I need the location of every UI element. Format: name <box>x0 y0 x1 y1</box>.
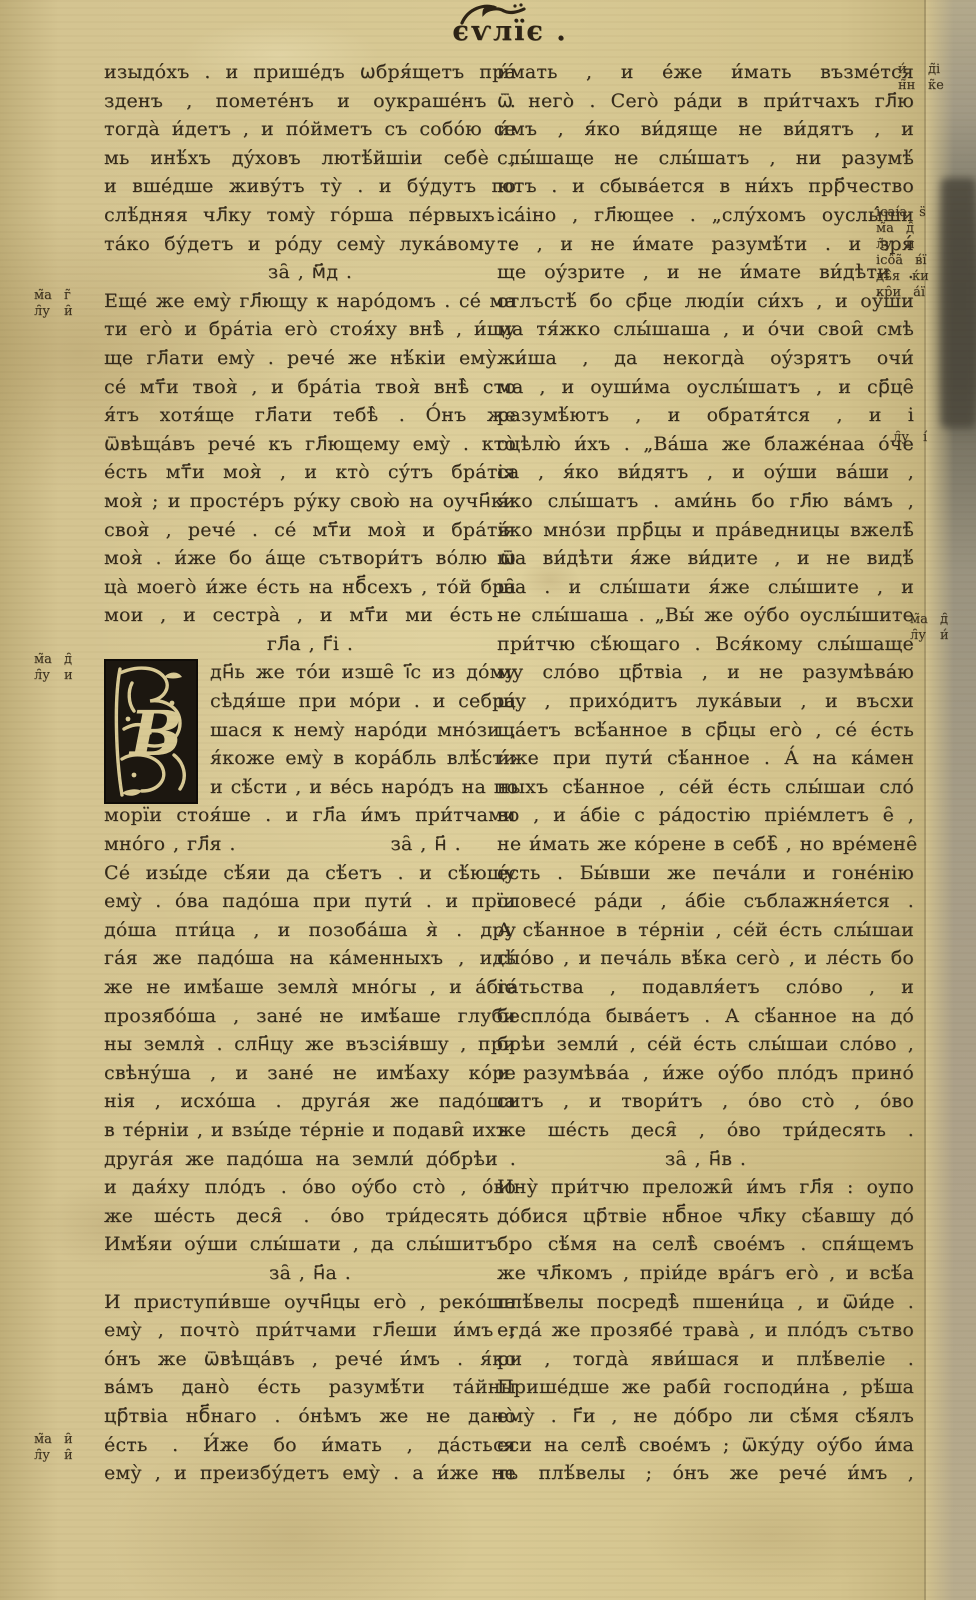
text-line: же чл҃комъ , пріи́де вра́гъ его̀ , и всѣ… <box>497 1259 914 1288</box>
text-line: ѿвѣща́въ рече́ къ гл҃ющему ему̀ . кто̀ <box>104 430 516 459</box>
text-line: слы́шаще не слы́шатъ , ни разумѣ́ <box>497 144 914 173</box>
margin-note-number: и́ <box>940 628 958 644</box>
text-line: Еще́ же ему̀ гл҃ющу к наро́домъ . се́ ма <box>104 287 516 316</box>
text-line: шася к нему̀ наро́ди мно́зи , <box>104 716 516 745</box>
text-line: ца̀ моего̀ и́же е́сть на нб҃сехъ , то́й … <box>104 573 516 602</box>
text-line: отлъстѣ́ бо ср҃це люді́и си́хъ , и оу́ши <box>497 287 914 316</box>
text-line: е́сть . Бы́вши же печа́ли и гоне́нію <box>497 859 914 888</box>
text-line: ма , и оуши́ма оуслы́шатъ , и ср҃це̑ <box>497 373 914 402</box>
text-line: до́бися цр҃твіе нб҃ное чл҃ку сѣ́авшу до́ <box>497 1202 914 1231</box>
margin-note-book: и́ <box>898 62 916 78</box>
text-line: Имѣ́яи оу́ши слы́шати , да слы́шитъ . <box>104 1230 516 1259</box>
text-line: и́мать , и е́же и́мать възме́тся <box>497 58 914 87</box>
margin-note-row: дѣ̂яќи <box>876 269 937 285</box>
text-line: своя̀ , рече́ . се́ мт҃и моя̀ и бра́тія <box>104 516 516 545</box>
margin-note-book: н̃н <box>898 78 916 94</box>
text-line: в те́рніи , и взы́де те́рніе и подави̑ и… <box>104 1116 516 1145</box>
text-line: Прише́дше же раби̑ господи́на , рѣ́ша <box>497 1373 914 1402</box>
text-line: и дая́ху пло́дъ . о́во оу́бо сто̀ , о́во <box>104 1173 516 1202</box>
text-line: ще оу́зрите , и не и́мате ви́дѣти . <box>497 258 914 287</box>
margin-note-number: и <box>64 668 82 684</box>
text-line: я́тъ хотя́ще гл҃ати тебѣ̀ . О́нъ же <box>104 401 516 430</box>
margin-note-row: л̑уи́ <box>910 628 958 644</box>
text-line: ны земля̀ . слн҃цу же възсія́вшу , при <box>104 1030 516 1059</box>
text-line: те , и не и́мате разумѣ́ти . и зря́ <box>497 230 914 259</box>
margin-note-number: д̃і <box>928 62 946 78</box>
text-line: и́же при пути́ сѣ́анное . А́ на ка́мен <box>497 744 914 773</box>
text-line: же ше́сть деся̑ , о́во три́десять . <box>497 1116 914 1145</box>
text-line: нія , исхо́ша . друга́я же падо́ша <box>104 1087 516 1116</box>
text-line: и́мъ , я́ко ви́дяще не ви́дятъ , и <box>497 115 914 144</box>
text-line: за̑ , н҃в . <box>497 1145 914 1174</box>
text-line: Ину̀ при́тчю преложи̑ и́мъ гл҃я : оупо <box>497 1173 914 1202</box>
text-line: моя̀ ; и просте́ръ ру́ку свою̀ на оучн҃к… <box>104 487 516 516</box>
text-line: ри , тогда̀ яви́шася и плѣ́веліе . <box>497 1345 914 1374</box>
margin-note-number: а́ї <box>913 285 931 301</box>
header-flourish-icon <box>458 1 528 27</box>
text-line: ти его̀ и бра́тіа его̀ стоя́ху внѣ̀ , и́… <box>104 315 516 344</box>
text-line: га́я же падо́ша на ка́менныхъ , идѣ́ <box>104 944 516 973</box>
text-line: Се́ изы́де сѣ́яи да сѣ́етъ . и сѣ́ющу <box>104 859 516 888</box>
margin-note-book: л̑у <box>910 628 928 644</box>
text-line: ему̀ . о́ва падо́ша при пути́ . и прїи <box>104 887 516 916</box>
text-line: о́нъ же ѿвѣща́въ , рече́ и́мъ . я́ко <box>104 1345 516 1374</box>
text-line: же не имѣ́аше земля̀ мно́гы , и а́біе <box>104 973 516 1002</box>
text-line: ть плѣ́велы ; о́нъ же рече́ и́мъ , <box>497 1459 914 1488</box>
text-line: ма тя́жко слы́шаша , и о́чи свои̑ смѣ <box>497 315 914 344</box>
margin-note-row: м̃аи̑ <box>34 1432 82 1448</box>
margin-note-number: и̑ <box>64 1432 82 1448</box>
margin-note-row: и́д̃і <box>898 62 946 78</box>
text-line: до́ша пти́ца , и позоба́ша я̀ . дру <box>104 916 516 945</box>
text-line: ему̀ , и преизбу́детъ ему̀ . а и́же не <box>104 1459 516 1488</box>
text-line: разумѣ́ютъ , и обратя́тся , и і <box>497 401 914 430</box>
margin-note-row: м̃ад̑ <box>876 221 937 237</box>
margin-note-book: дѣ̂я <box>876 269 900 285</box>
text-line: сло́во , и печа́ль вѣ́ка сего̀ , и ле́ст… <box>497 944 914 973</box>
manuscript-page: єѵлїє . В изыдо́хъ . и прише́дъ ѡбря́щет… <box>0 0 976 1600</box>
text-line: мь инѣ́хъ ду́ховъ лютѣ́йшіи себѐ , <box>104 144 516 173</box>
text-line: во , и а́біе с ра́достію пріе́млетъ е̑ , <box>497 801 914 830</box>
margin-note: ісаі́аѕ̈м̃ад̑л̃уиісо̂а̃в́їдѣ̂яќикр̑иа́ї <box>876 205 937 301</box>
text-line: плѣ́велы посредѣ̀ пшени́ца , и ѿи́де . <box>497 1288 914 1317</box>
margin-note-number: д̑ <box>906 221 924 237</box>
text-line: ѿ него̀ . Сего̀ ра́ди в при́тчахъ гл҃ю <box>497 87 914 116</box>
margin-note-number: ѕ̈ <box>919 205 937 221</box>
text-line: е́сть мт҃и моя̀ , и кто̀ су́тъ бра́тія <box>104 458 516 487</box>
margin-note-book: ісаі́а <box>876 205 907 221</box>
text-line: щу , прихо́дитъ лука́выи , и въсхи <box>497 687 914 716</box>
text-line: га́тьства , подавля́етъ сло́во , и <box>497 973 914 1002</box>
margin-note-book: м̃а <box>34 652 52 668</box>
text-line: прозябо́ша , зане́ не имѣ́аше глуби <box>104 1002 516 1031</box>
paper-stain <box>640 1480 900 1590</box>
text-line: ему̀ , почто̀ при́тчами гл҃еши и́мъ ; <box>104 1316 516 1345</box>
text-line: еси на селѣ̀ свое́мъ ; ѿку́ду оу́бо и́ма <box>497 1431 914 1460</box>
margin-note-row: л̑уи <box>34 668 82 684</box>
margin-note-row: ісаі́аѕ̈ <box>876 205 937 221</box>
page-edge-dark-patch <box>941 178 976 428</box>
text-line: за̑ , м҃д . <box>104 258 516 287</box>
text-line: сцѣлю̀ и́хъ . „Ва́ша же блаже́наа о́че <box>497 430 914 459</box>
text-line: тогда̀ и́детъ , и по́йметъ съ собо́ю се <box>104 115 516 144</box>
text-line: ша . и слы́шати я́же слы́шите , и <box>497 573 914 602</box>
text-line: гл҃а , г҃і . <box>104 630 516 659</box>
margin-note: м̃ад̑л̑уи́ <box>910 612 958 644</box>
margin-note-number: к̃е <box>928 78 946 94</box>
margin-note-book: л̃у <box>876 237 894 253</box>
text-line: И приступи́вше оучн҃цы его̀ , реко́ша <box>104 1288 516 1317</box>
text-line: изыдо́хъ . и прише́дъ ѡбря́щетъ пра́ <box>104 58 516 87</box>
text-column-right: и́мать , и е́же и́мать възме́тсяѿ него̀ … <box>497 58 914 1488</box>
margin-note-book: л̑у <box>893 430 911 446</box>
margin-note-number: и̑ <box>64 304 82 320</box>
text-line: та́ко бу́детъ и ро́ду сему̀ лука́вому . <box>104 230 516 259</box>
text-line: ша ви́дѣти я́же ви́дите , и не видѣ́ <box>497 544 914 573</box>
margin-note-book: ісо̂а̃ <box>876 253 903 269</box>
text-line: се́ мт҃и твоя̀ , и бра́тіа твоя̀ внѣ̀ ст… <box>104 373 516 402</box>
margin-note-book: м̃а <box>34 1432 52 1448</box>
margin-note-number: і́ <box>923 430 941 446</box>
text-line: мои , и сестра̀ , и мт҃и ми е́сть . <box>104 601 516 630</box>
text-line: цр҃твіа нб҃наго . о́нѣмъ же не дано̀ <box>104 1402 516 1431</box>
text-line: бро сѣ́мя на селѣ̀ свое́мъ . спя́щемъ <box>497 1230 914 1259</box>
margin-note-book: м̃а <box>34 288 52 304</box>
text-column-left: изыдо́хъ . и прише́дъ ѡбря́щетъ пра́зден… <box>104 58 516 1488</box>
margin-note-number: ќи <box>912 269 930 285</box>
text-line: ще гл҃ати ему̀ . рече́ же нѣ́кіи ему̀ . <box>104 344 516 373</box>
text-line: егда́ же прозябе́ трава̀ , и пло́дъ сътв… <box>497 1316 914 1345</box>
running-head: єѵлїє . <box>400 16 620 47</box>
margin-note-row: ісо̂а̃в́ї <box>876 253 937 269</box>
margin-note-number: г̃ <box>64 288 82 304</box>
text-line: е́сть . И́же бо и́мать , да́сться <box>104 1431 516 1460</box>
margin-note-number: и̑ <box>64 1448 82 1464</box>
text-line: сѣдя́ше при мо́ри . и себра́ <box>104 687 516 716</box>
margin-note-row: н̃нк̃е <box>898 78 946 94</box>
text-line: ситъ , и твори́тъ , о́во сто̀ , о́во <box>497 1087 914 1116</box>
text-line: не и́мать же ко́рене в себѣ̑ , но вре́ме… <box>497 830 914 859</box>
text-line: са , я́ко ви́дятъ , и оу́ши ва́ши , <box>497 458 914 487</box>
text-line: брѣи земли́ , се́й е́сть слы́шаи сло́во … <box>497 1030 914 1059</box>
text-line: же ше́сть деся̑ . о́во три́десять . <box>104 1202 516 1231</box>
text-line: морїи стоя́ше . и гл҃а и́мъ при́тчами <box>104 801 516 830</box>
text-line: ему̀ . г҃и , не до́бро ли сѣ́мя сѣ́ялъ <box>497 1402 914 1431</box>
margin-note-book: л̑у <box>34 304 52 320</box>
text-line: и сѣ́сти , и ве́сь наро́дъ на по <box>104 773 516 802</box>
text-line: моя̀ . и́же бо а́ще сътвори́тъ во́лю ѿ <box>104 544 516 573</box>
margin-note-number: д̑ <box>940 612 958 628</box>
margin-note-row: м̃ад̑ <box>910 612 958 628</box>
text-line: свѣну́ша , и зане́ не имѣ́аху ко́ре <box>104 1059 516 1088</box>
text-line: при́тчю сѣ́ющаго . Вся́кому слы́шаще <box>497 630 914 659</box>
margin-note-number: и <box>906 237 924 253</box>
text-line: и разумѣва́а , и́же оу́бо пло́дъ прино́ <box>497 1059 914 1088</box>
text-line: слѣ́дняя чл҃ку тому̀ го́рша пе́рвыхъ . <box>104 201 516 230</box>
text-line: зденъ , помете́нъ и оукраше́нъ . <box>104 87 516 116</box>
text-line: ща́етъ всѣ́анное в ср҃цы его̀ , се́ е́ст… <box>497 716 914 745</box>
text-line: А сѣ́анное в те́рніи , се́й е́сть слы́ша… <box>497 916 914 945</box>
text-line: мно́го , гл҃я . за̑ , н҃ . <box>104 830 516 859</box>
text-line: жи́ша , да некогда̀ оу́зрятъ очи́ <box>497 344 914 373</box>
margin-note-row: м̃ад̑ <box>34 652 82 668</box>
text-line: ютъ . и сбыва́ется в ни́хъ прр҃чество <box>497 172 914 201</box>
text-line: за̑ , н҃а . <box>104 1259 516 1288</box>
text-line: му сло́во цр҃твіа , и не разумѣва́ю <box>497 658 914 687</box>
margin-note-row: л̑уи̑ <box>34 304 82 320</box>
text-line: я́коже ему̀ в кора́бль влѣ́сти <box>104 744 516 773</box>
margin-note-row: м̃аг̃ <box>34 288 82 304</box>
text-line: я́ко мно́зи прр҃цы и пра́ведницы вжелѣ̑ <box>497 516 914 545</box>
text-line: дн҃ь же то́и изше̑ і҃с из до́му <box>104 658 516 687</box>
margin-note-book: м̃а <box>910 612 928 628</box>
margin-note-book: кр̑и <box>876 285 901 301</box>
margin-note-book: л̑у <box>34 668 52 684</box>
margin-note-row: л̑уі́ <box>893 430 941 446</box>
margin-note: м̃аг̃л̑уи̑ <box>34 288 82 320</box>
margin-note-book: л̑у <box>34 1448 52 1464</box>
text-line: ныхъ сѣ́анное , се́й е́сть слы́шаи сло́ <box>497 773 914 802</box>
margin-note-book: м̃а <box>876 221 894 237</box>
margin-note-row: кр̑иа́ї <box>876 285 937 301</box>
margin-note: м̃ад̑л̑уи <box>34 652 82 684</box>
margin-note: л̑уі́ <box>893 430 941 446</box>
margin-note-row: л̑уи̑ <box>34 1448 82 1464</box>
text-line: не слы́шаша . „Вы́ же оу́бо оуслы́шите <box>497 601 914 630</box>
text-line: словесе́ ра́ди , а́біе съблажня́ется . <box>497 887 914 916</box>
text-line: беспло́да быва́етъ . А сѣ́анное на до́ <box>497 1002 914 1031</box>
text-line: я́ко слы́шатъ . ами́нь бо гл҃ю ва́мъ , <box>497 487 914 516</box>
text-line: ва́мъ дано̀ е́сть разумѣ́ти та́йны <box>104 1373 516 1402</box>
margin-note-number: д̑ <box>64 652 82 668</box>
margin-note-row: л̃уи <box>876 237 937 253</box>
text-line: и вше́дше живу́тъ ту̀ . и бу́дутъ по <box>104 172 516 201</box>
text-line: друга́я же падо́ша на земли́ до́брѣи . <box>104 1145 516 1174</box>
margin-note: м̃аи̑л̑уи̑ <box>34 1432 82 1464</box>
text-line: іса́іно , гл҃ющее . „слу́хомъ оуслы́ши <box>497 201 914 230</box>
margin-note: и́д̃ін̃нк̃е <box>898 62 946 94</box>
margin-note-number: в́ї <box>915 253 933 269</box>
